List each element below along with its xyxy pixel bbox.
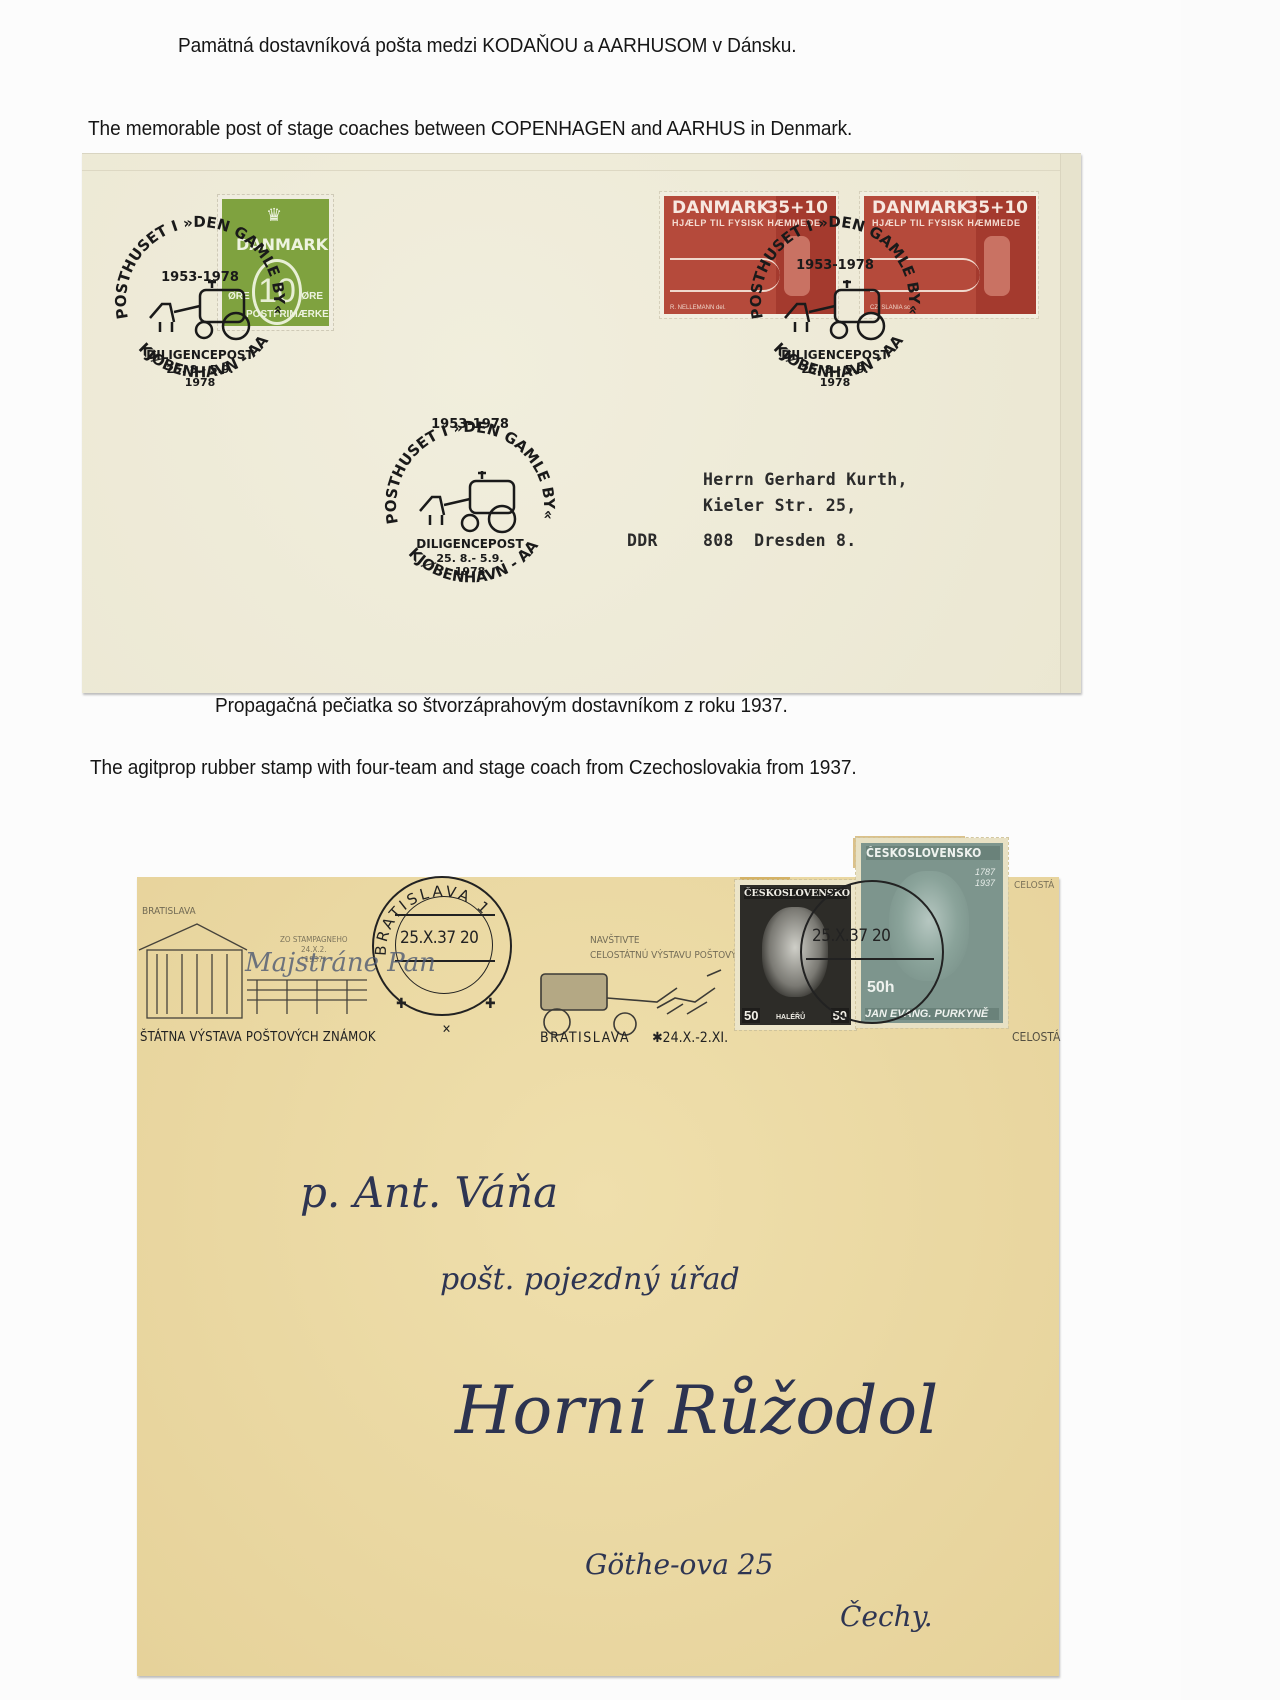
slogan-right-line1: NAVŠTIVTE: [590, 935, 640, 946]
postmark-year: 1978: [735, 376, 935, 389]
cancel-cross-icon: ✚: [396, 996, 407, 1012]
recipient-country: Čechy.: [840, 1600, 933, 1633]
svg-text:BRATISLAVA 1: BRATISLAVA 1: [372, 882, 495, 956]
hand-illustration-icon: [984, 236, 1010, 296]
stamp-dates: 1787 1937: [975, 867, 995, 889]
stamp-value-left: 50: [742, 1008, 760, 1023]
cancel-cross-icon: ✚: [485, 996, 496, 1012]
stagecoach-icon: [420, 471, 515, 532]
recipient-name: p. Ant. Váňa: [300, 1168, 558, 1217]
postmark-year: 1978: [100, 376, 300, 389]
slogan-right-line2: CELOSTÁTNÚ VÝSTAVU POŠTOVÝ: [590, 950, 737, 961]
postmark-diligencepost-center: POSTHUSET I »DEN GAMLE BY« KJØBENHAVN - …: [370, 405, 570, 605]
stamp-country: ČESKOSLOVENSKO: [866, 846, 1000, 860]
address-line-1: Herrn Gerhard Kurth,: [703, 470, 908, 489]
address-line-3: 808 Dresden 8.: [703, 531, 857, 550]
album-page: Pamätná dostavníková pošta medzi KODAŇOU…: [0, 0, 1181, 1700]
postmark-title: DILIGENCEPOST: [735, 348, 935, 362]
pencil-note: Majstráne Pan: [245, 948, 436, 978]
slogan-right-dates: ✱24.X.-2.XI.: [652, 1030, 728, 1046]
slogan-right-town: BRATISLAVA: [540, 1030, 630, 1046]
envelope-flap-line: [82, 170, 1061, 171]
envelope-flap-right: [1060, 154, 1081, 693]
slogan-far-right-top: CELOSTÁ: [1014, 880, 1054, 891]
postmark-title: DILIGENCEPOST: [100, 348, 300, 362]
postmark-dates: 25. 8.- 5.9.: [735, 363, 935, 376]
postmark-dates: 25. 8.- 5.9.: [100, 363, 300, 376]
stamp-value: 35+10: [966, 198, 1028, 218]
postmark-years: 1953-1978: [370, 417, 570, 432]
caption-english-czech: The agitprop rubber stamp with four-team…: [90, 756, 857, 780]
slogan-left-bottom: ŠTÁTNA VÝSTAVA POŠTOVÝCH ZNÁMOK: [140, 1030, 376, 1045]
cancel-outer-ring-stamps: [800, 880, 944, 1024]
caption-slovak-czech: Propagačná pečiatka so štvorzáprahovým d…: [215, 694, 788, 718]
postmark-diligencepost-left: POSTHUSET I »DEN GAMLE BY« KJØBENHAVN - …: [100, 200, 300, 400]
cancel-date-stamps: 25.X.37 20: [812, 926, 890, 946]
stamp-ore-right: ØRE: [301, 291, 323, 302]
stamp-credit: R. NELLEMANN del.: [670, 305, 726, 311]
address-country: DDR: [627, 531, 658, 550]
caption-slovak-denmark: Pamätná dostavníková pošta medzi KODAŇOU…: [178, 34, 796, 58]
postmark-year: 1978: [370, 565, 570, 578]
cancel-town-arc: BRATISLAVA 1: [372, 876, 508, 1012]
postmark-years: 1953-1978: [100, 270, 300, 285]
stagecoach-icon: [785, 280, 884, 339]
postmark-diligencepost-right: POSTHUSET I »DEN GAMLE BY« KJØBENHAVN - …: [735, 200, 935, 400]
slogan-left-top: BRATISLAVA: [142, 906, 196, 917]
caption-english-denmark: The memorable post of stage coaches betw…: [88, 117, 852, 141]
stamp-unit: HALÉŘŮ: [776, 1014, 805, 1021]
stagecoach-icon: [537, 968, 737, 1038]
recipient-office: pošt. pojezdný úřad: [440, 1262, 740, 1297]
postmark-title: DILIGENCEPOST: [370, 537, 570, 551]
recipient-street: Göthe-ova 25: [585, 1548, 773, 1581]
address-line-2: Kieler Str. 25,: [703, 496, 857, 515]
postmark-years: 1953-1978: [735, 258, 935, 273]
cancel-bar: [806, 958, 934, 960]
cancel-cross-icon: ✕: [442, 1022, 451, 1036]
four-team-stagecoach-illustration: [537, 968, 737, 1038]
recipient-town: Horní Růžodol: [455, 1372, 938, 1449]
stagecoach-icon: [150, 280, 249, 339]
postmark-dates: 25. 8.- 5.9.: [370, 552, 570, 565]
slogan-far-right-bottom: CELOSTÁ: [1012, 1030, 1060, 1044]
